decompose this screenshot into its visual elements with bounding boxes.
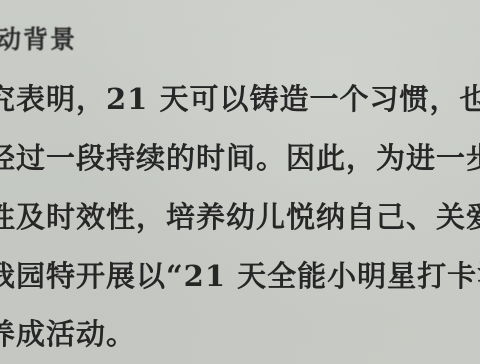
- paragraph-line-4: 我园特开展以“21 天全能小明星打卡活动: [0, 259, 480, 293]
- paragraph-line-5: 养成活动。: [0, 317, 136, 351]
- paragraph-line-2: 经过一段持续的时间。因此，为进一步提高: [0, 141, 480, 175]
- paragraph-line-3: 性及时效性，培养幼儿悦纳自己、关爱自己: [0, 200, 480, 234]
- section-heading: 动背景: [0, 25, 77, 55]
- paragraph-line-1: 究表明，21 天可以铸造一个习惯，也就是说: [0, 82, 480, 116]
- document-page: 动背景 究表明，21 天可以铸造一个习惯，也就是说 经过一段持续的时间。因此，为…: [0, 0, 480, 364]
